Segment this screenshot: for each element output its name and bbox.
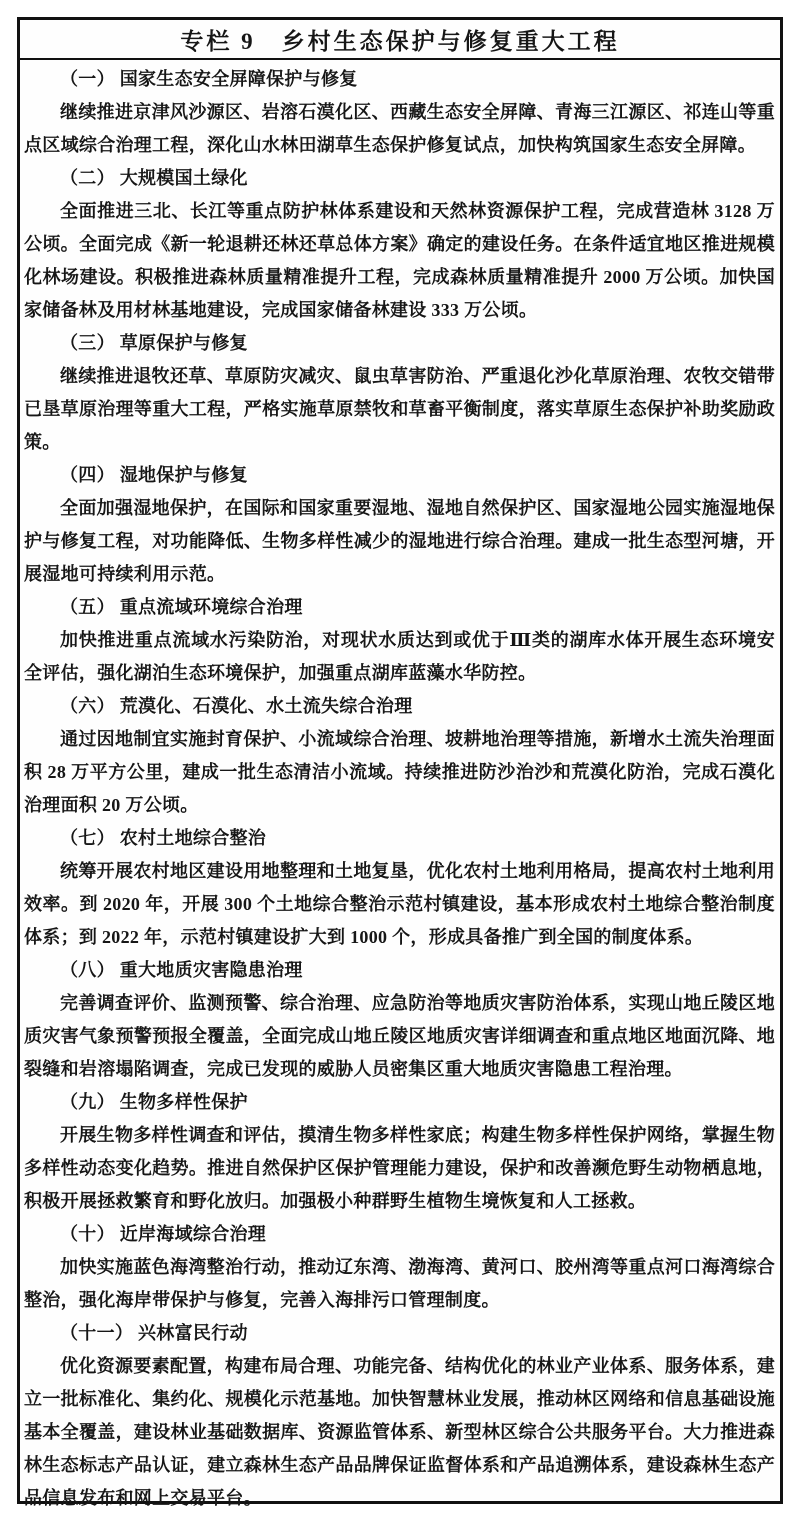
section-paragraph: 优化资源要素配置，构建布局合理、功能完备、结构优化的林业产业体系、服务体系，建立… xyxy=(24,1350,775,1515)
section-paragraph: 加快推进重点流域水污染防治，对现状水质达到或优于Ⅲ类的湖库水体开展生态环境安全评… xyxy=(24,624,775,690)
section-paragraph: 通过因地制宜实施封育保护、小流域综合治理、坡耕地治理等措施，新增水土流失治理面积… xyxy=(24,723,775,822)
section-heading: （一） 国家生态安全屏障保护与修复 xyxy=(24,63,775,96)
section-paragraph: 完善调查评价、监测预警、综合治理、应急防治等地质灾害防治体系，实现山地丘陵区地质… xyxy=(24,987,775,1086)
section-paragraph: 加快实施蓝色海湾整治行动，推动辽东湾、渤海湾、黄河口、胶州湾等重点河口海湾综合整… xyxy=(24,1251,775,1317)
section-paragraph: 开展生物多样性调查和评估，摸清生物多样性家底；构建生物多样性保护网络，掌握生物多… xyxy=(24,1119,775,1218)
section-heading: （六） 荒漠化、石漠化、水土流失综合治理 xyxy=(24,690,775,723)
section-heading: （七） 农村土地综合整治 xyxy=(24,822,775,855)
section-paragraph: 继续推进京津风沙源区、岩溶石漠化区、西藏生态安全屏障、青海三江源区、祁连山等重点… xyxy=(24,96,775,162)
section-heading: （二） 大规模国土绿化 xyxy=(24,162,775,195)
column-box: 专栏 9 乡村生态保护与修复重大工程 （一） 国家生态安全屏障保护与修复 继续推… xyxy=(17,17,783,1504)
section-heading: （十一） 兴林富民行动 xyxy=(24,1317,775,1350)
sections-container: （一） 国家生态安全屏障保护与修复 继续推进京津风沙源区、岩溶石漠化区、西藏生态… xyxy=(20,60,780,1515)
section-paragraph: 统筹开展农村地区建设用地整理和土地复垦，优化农村土地利用格局，提高农村土地利用效… xyxy=(24,855,775,954)
column-title: 专栏 9 乡村生态保护与修复重大工程 xyxy=(20,20,780,60)
section-heading: （八） 重大地质灾害隐患治理 xyxy=(24,954,775,987)
section-heading: （五） 重点流域环境综合治理 xyxy=(24,591,775,624)
section-heading: （九） 生物多样性保护 xyxy=(24,1086,775,1119)
section-heading: （四） 湿地保护与修复 xyxy=(24,459,775,492)
section-paragraph: 全面加强湿地保护，在国际和国家重要湿地、湿地自然保护区、国家湿地公园实施湿地保护… xyxy=(24,492,775,591)
section-paragraph: 全面推进三北、长江等重点防护林体系建设和天然林资源保护工程，完成营造林 3128… xyxy=(24,195,775,327)
section-heading: （十） 近岸海域综合治理 xyxy=(24,1218,775,1251)
section-paragraph: 继续推进退牧还草、草原防灾减灾、鼠虫草害防治、严重退化沙化草原治理、农牧交错带已… xyxy=(24,360,775,459)
section-heading: （三） 草原保护与修复 xyxy=(24,327,775,360)
